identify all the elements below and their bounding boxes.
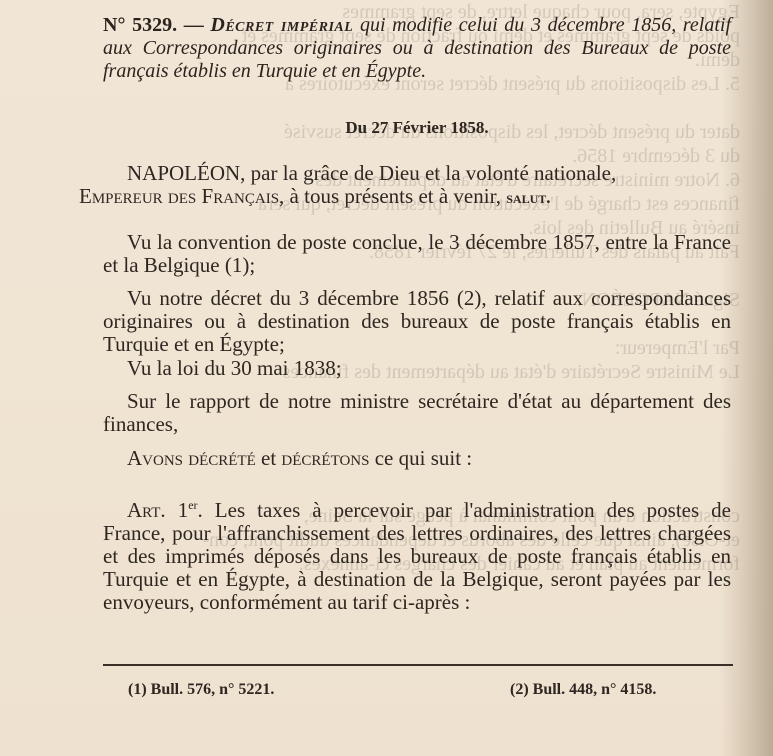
emperor-name: NAPOLÉON — [127, 161, 240, 185]
paragraph-loi: Vu la loi du 30 mai 1838; — [103, 357, 731, 380]
et: et — [261, 446, 276, 470]
avons-decrete: Avons décrété — [127, 446, 256, 470]
footnote-2: (2) Bull. 448, n° 4158. — [510, 681, 656, 699]
decree-number: N° 5329. — — [103, 14, 204, 36]
decree-date: Du 27 Février 1858. — [103, 118, 731, 138]
scanned-page: Egypte, sera, pour chaque lettre, de sep… — [0, 0, 773, 756]
salut: salut. — [506, 188, 550, 207]
article-label: Art. 1 — [127, 498, 188, 522]
decretons: décrétons — [281, 446, 369, 470]
decree-heading: N° 5329. — Décret impérial qui modifie c… — [103, 14, 731, 83]
paragraph-rapport: Sur le rapport de notre ministre secréta… — [103, 390, 731, 436]
article-1: Art. 1er. Les taxes à percevoir par l'ad… — [103, 494, 731, 614]
preamble-line2: , à tous présents et à venir, — [279, 184, 501, 208]
preamble: NAPOLÉON, par la grâce de Dieu et la vol… — [103, 162, 731, 209]
paragraph-decret: Vu notre décret du 3 décembre 1856 (2), … — [103, 287, 731, 356]
ce-qui-suit: ce qui suit : — [375, 446, 472, 470]
paragraph-convention: Vu la convention de poste conclue, le 3 … — [103, 231, 731, 277]
preamble-line1: , par la grâce de Dieu et la volonté nat… — [240, 161, 616, 185]
decree-formula: Avons décrété et décrétons ce qui suit : — [103, 447, 731, 470]
footnote-1: (1) Bull. 576, n° 5221. — [128, 681, 274, 699]
emperor-title: Empereur des Français — [79, 184, 279, 208]
article-text: . Les taxes à percevoir par l'administra… — [103, 498, 731, 614]
footnote-rule — [103, 664, 733, 666]
article-sup: er — [188, 498, 197, 512]
decree-title-smallcaps: Décret impérial — [210, 14, 353, 36]
